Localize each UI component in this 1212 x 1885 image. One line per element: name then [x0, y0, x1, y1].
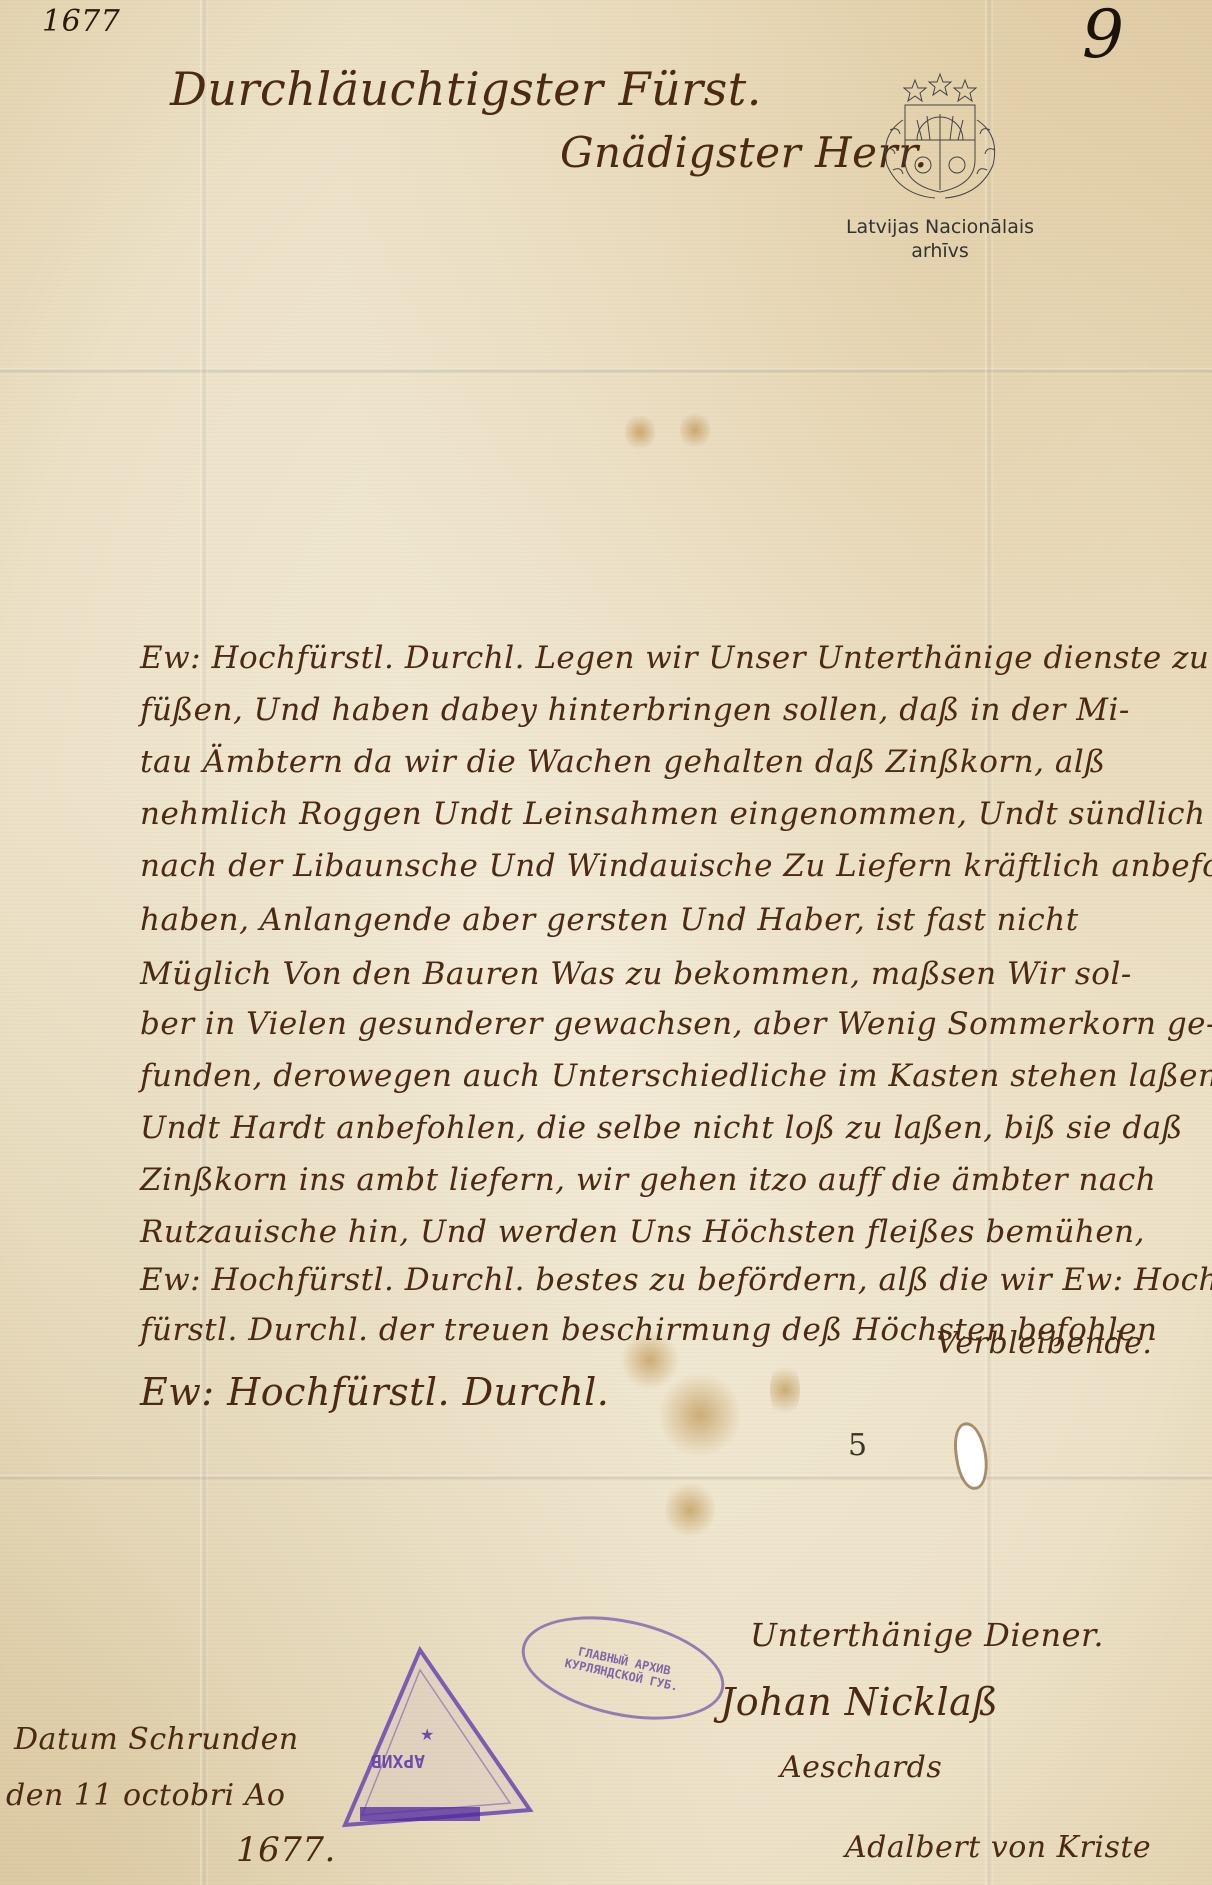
signature-line-3: Aeschards: [780, 1750, 942, 1785]
archive-logo: Latvijas Nacionālais arhīvs: [840, 70, 1040, 263]
body-line: tau Ämbtern da wir die Wachen gehalten d…: [140, 744, 1105, 780]
triangle-stamp-shape: АРХИВ ★: [340, 1645, 540, 1845]
closing-phrase: Verbleibende.: [936, 1326, 1152, 1361]
body-line: nehmlich Roggen Undt Leinsahmen eingenom…: [140, 796, 1205, 832]
horizontal-fold: [0, 1475, 1212, 1481]
body-line: Müglich Von den Bauren Was zu bekommen, …: [140, 956, 1132, 992]
horizontal-fold: [0, 368, 1212, 374]
salutation-line-1: Durchläuchtigster Fürst.: [170, 62, 762, 116]
body-line: Rutzauische hin, Und werden Uns Höchsten…: [140, 1214, 1145, 1250]
foxing-stain: [680, 410, 710, 450]
paper-texture: [0, 0, 1212, 1885]
oval-archive-stamp: ГЛАВНЫЙ АРХИВ КУРЛЯНДСКОЙ ГУБ.: [512, 1600, 733, 1737]
body-line: Ew: Hochfürstl. Durchl. bestes zu beförd…: [140, 1262, 1212, 1298]
date-line-3: 1677.: [236, 1830, 336, 1870]
archive-stamp-number: 5: [848, 1428, 868, 1463]
body-line: haben, Anlangende aber gersten Und Haber…: [140, 902, 1079, 938]
date-line-1: Datum Schrunden: [14, 1722, 299, 1757]
manuscript-page: 1677 9 Durchläuchtigster Fürst. Gnädigst…: [0, 0, 1212, 1885]
vertical-fold: [985, 0, 993, 1885]
address-tail: Ew: Hochfürstl. Durchl.: [140, 1370, 609, 1414]
body-line: Undt Hardt anbefohlen, die selbe nicht l…: [140, 1110, 1183, 1146]
body-line: ber in Vielen gesunderer gewachsen, aber…: [140, 1006, 1212, 1042]
body-line: Ew: Hochfürstl. Durchl. Legen wir Unser …: [140, 640, 1209, 676]
signature-line-2: Johan Nicklaß: [720, 1680, 998, 1724]
body-line: nach der Libaunsche Und Windauische Zu L…: [140, 848, 1212, 884]
archive-name-line-1: Latvijas Nacionālais: [840, 215, 1040, 239]
body-line: funden, derowegen auch Unterschiedliche …: [140, 1058, 1212, 1094]
signature-line-1: Unterthänige Diener.: [750, 1616, 1104, 1654]
signature-line-4: Adalbert von Kriste: [845, 1830, 1151, 1865]
ink-stain: [665, 1480, 715, 1540]
archive-name-line-2: arhīvs: [840, 239, 1040, 263]
body-line: Zinßkorn ins ambt liefern, wir gehen itz…: [140, 1162, 1156, 1198]
svg-text:★: ★: [420, 1725, 434, 1744]
ink-stain: [660, 1370, 740, 1460]
vertical-fold: [200, 0, 208, 1885]
body-line: füßen, Und haben dabey hinterbringen sol…: [140, 692, 1130, 728]
date-line-2: den 11 octobri Ao: [6, 1778, 285, 1813]
year-annotation: 1677: [42, 4, 120, 39]
latvian-coat-of-arms-icon: [875, 70, 1005, 205]
ink-stain: [770, 1360, 800, 1420]
folio-number: 9: [1082, 0, 1125, 73]
svg-text:АРХИВ: АРХИВ: [371, 1750, 425, 1771]
foxing-stain: [625, 412, 655, 452]
